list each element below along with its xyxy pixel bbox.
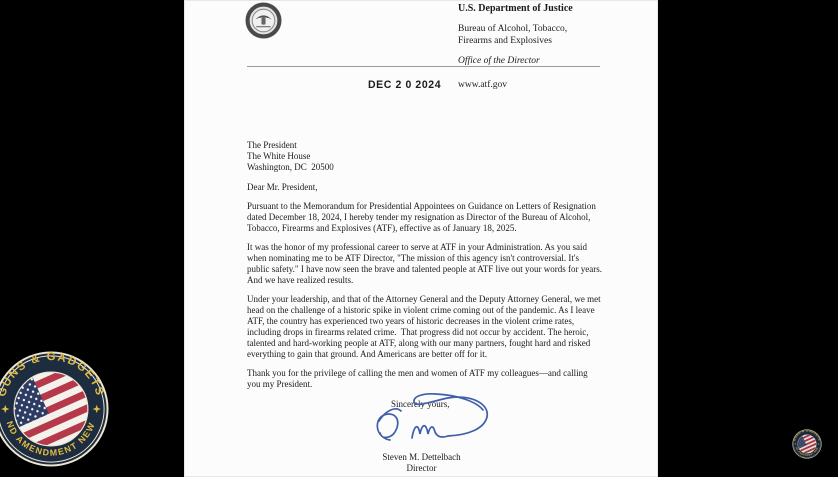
letter-paragraph: Under your leadership, and that of the A… [247,294,603,360]
department-name: U.S. Department of Justice [458,3,628,15]
office-of-director: Office of the Director [458,56,628,66]
guns-gadgets-badge: GUNS & GADGETS 2ND AMENDMENT NEWS [0,350,110,468]
guns-gadgets-watermark: GUNS & GADGETS 2ND AMENDMENT NEWS [792,429,822,459]
letter-paragraph: It was the honor of my professional care… [247,242,603,286]
letter-paragraph: Thank you for the privilege of calling t… [247,368,603,390]
recipient-line-1: The President [247,140,603,151]
date-stamp: DEC 2 0 2024 [368,79,441,92]
letter-page: U.S. Department of Justice Bureau of Alc… [184,0,658,477]
recipient-line-2: The White House [247,151,603,162]
letter-body: The President The White House Washington… [247,140,603,398]
signature [366,390,498,454]
letterhead-divider [247,66,600,67]
recipient-line-3: Washington, DC 20500 [247,162,603,173]
signer-name: Steven M. Dettelbach [359,452,484,463]
letterhead: U.S. Department of Justice Bureau of Alc… [458,3,628,66]
salutation: Dear Mr. President, [247,182,603,193]
signer-title: Director [359,463,484,474]
doj-seal-icon [245,2,282,39]
bureau-name: Bureau of Alcohol, Tobacco, Firearms and… [458,24,628,47]
website-text: www.atf.gov [458,80,507,90]
recipient-address: The President The White House Washington… [247,140,603,173]
letter-paragraph: Pursuant to the Memorandum for President… [247,201,603,234]
signature-block: Steven M. Dettelbach Director [359,452,484,474]
bureau-line-2: Firearms and Explosives [458,36,628,48]
video-frame: U.S. Department of Justice Bureau of Alc… [0,0,838,477]
bureau-line-1: Bureau of Alcohol, Tobacco, [458,24,628,36]
